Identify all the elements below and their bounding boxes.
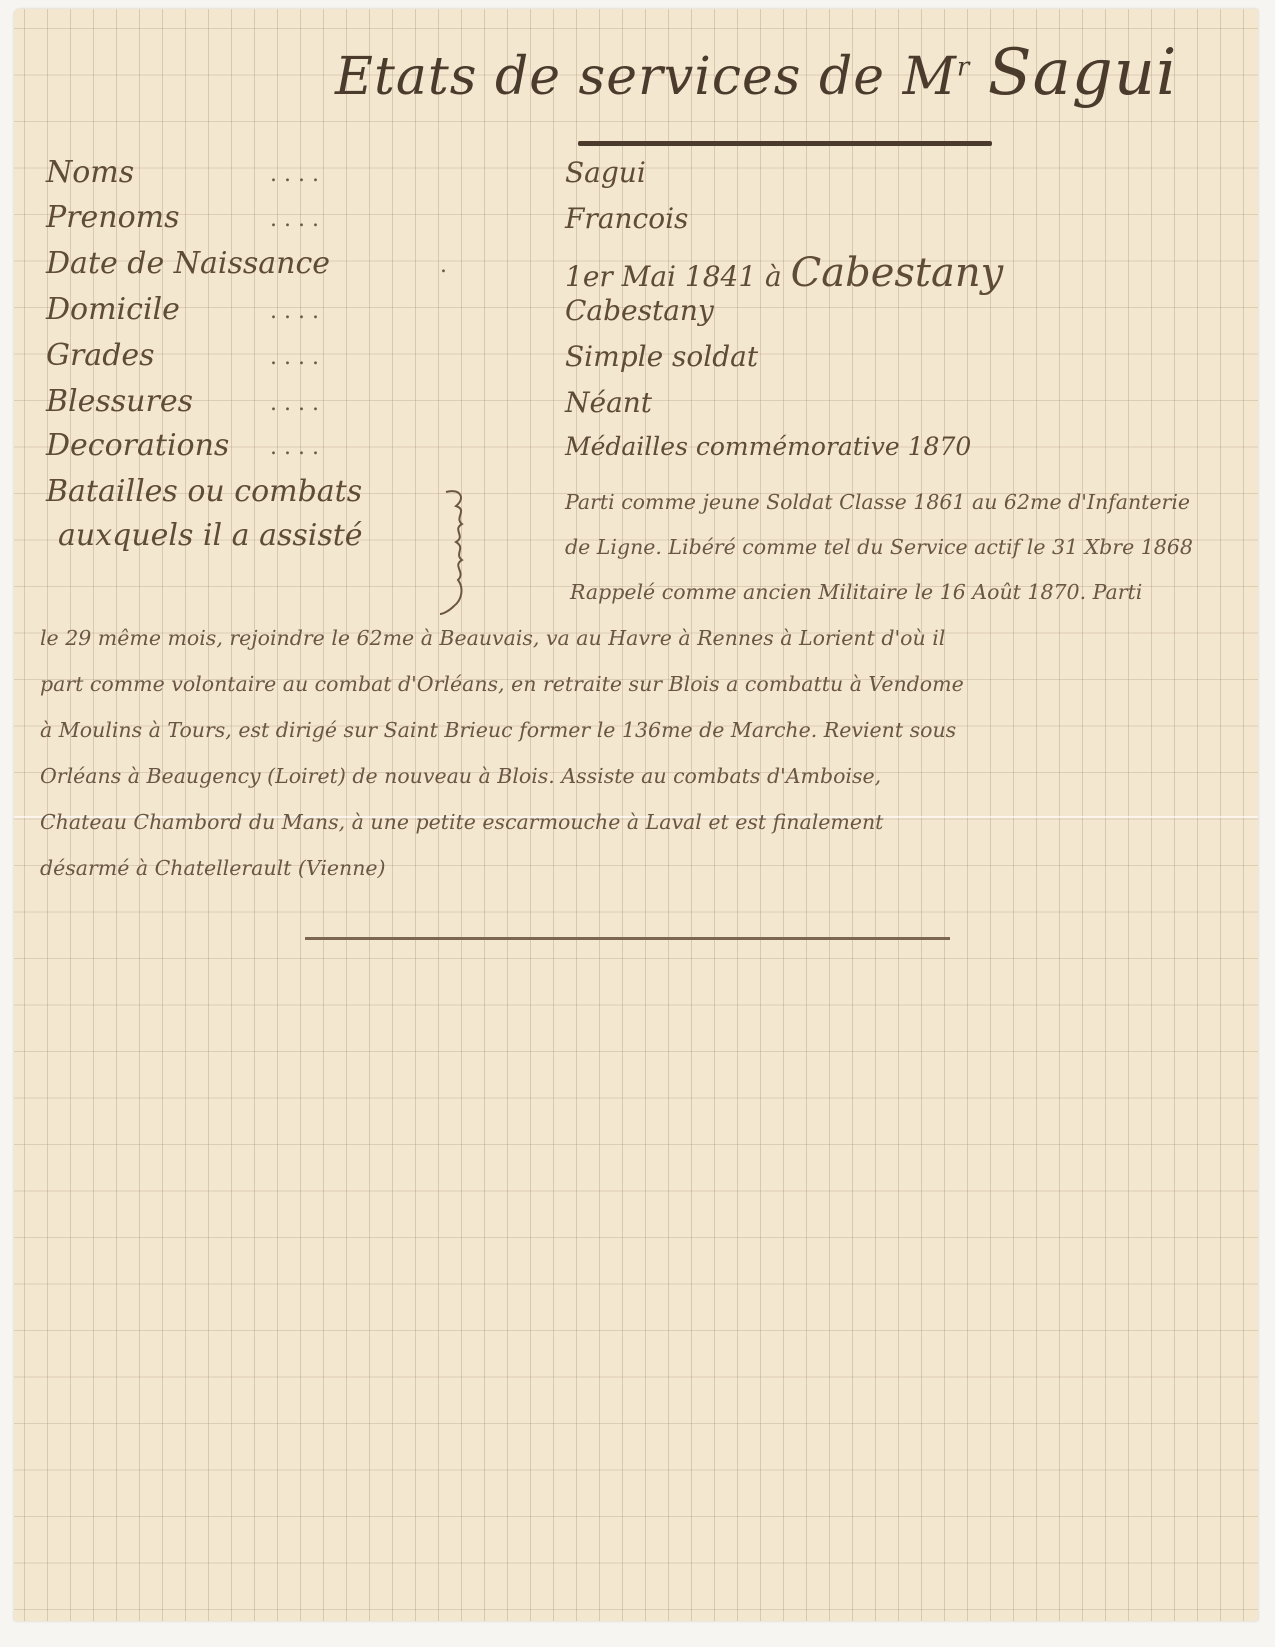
battles-line: de Ligne. Libéré comme tel du Service ac…: [565, 535, 1193, 559]
title-underline: [578, 141, 992, 146]
leader-dots: . . . .: [270, 435, 319, 460]
value-prenoms: Francois: [565, 202, 688, 235]
document-title: Etats de services de Mr Sagui: [335, 36, 1177, 110]
battles-line: Parti comme jeune Soldat Classe 1861 au …: [565, 490, 1190, 514]
title-name: Sagui: [988, 36, 1178, 110]
battles-line: Chateau Chambord du Mans, à une petite e…: [40, 810, 883, 834]
closing-divider: [305, 937, 950, 940]
label-noms: Noms: [46, 155, 134, 190]
value-decorations: Médailles commémorative 1870: [565, 432, 971, 461]
label-battles-line1: Batailles ou combats: [46, 474, 362, 509]
value-date-naissance: 1er Mai 1841 à Cabestany: [565, 250, 1003, 296]
curly-bracket-icon: [440, 488, 488, 618]
title-superscript: r: [957, 53, 970, 83]
value-grades: Simple soldat: [565, 340, 758, 373]
label-battles-line2: auxquels il a assisté: [58, 518, 363, 553]
battles-line: Rappelé comme ancien Militaire le 16 Aoû…: [570, 580, 1142, 604]
leader-dots: . . . .: [270, 207, 319, 232]
leader-dots: . . . .: [270, 162, 319, 187]
birth-date: 1er Mai 1841 à: [565, 260, 782, 293]
leader-dots: .: [440, 253, 447, 278]
battles-line: désarmé à Chatellerault (Vienne): [40, 856, 386, 880]
leader-dots: . . . .: [270, 299, 319, 324]
label-domicile: Domicile: [46, 292, 180, 327]
value-domicile: Cabestany: [565, 294, 714, 327]
value-blessures: Néant: [565, 386, 652, 419]
label-decorations: Decorations: [46, 428, 229, 463]
value-noms: Sagui: [565, 156, 646, 189]
leader-dots: . . . .: [270, 345, 319, 370]
leader-dots: . . . .: [270, 391, 319, 416]
battles-line: part comme volontaire au combat d'Orléan…: [40, 672, 964, 696]
battles-line: à Moulins à Tours, est dirigé sur Saint …: [40, 718, 956, 742]
label-prenoms: Prenoms: [46, 200, 180, 235]
label-grades: Grades: [46, 338, 155, 373]
battles-line: le 29 même mois, rejoindre le 62me à Bea…: [40, 626, 945, 650]
label-date-naissance: Date de Naissance: [46, 246, 330, 281]
label-blessures: Blessures: [46, 384, 193, 419]
battles-line: Orléans à Beaugency (Loiret) de nouveau …: [40, 764, 881, 788]
birth-place: Cabestany: [791, 250, 1004, 296]
title-prefix: Etats de services de M: [335, 47, 957, 107]
